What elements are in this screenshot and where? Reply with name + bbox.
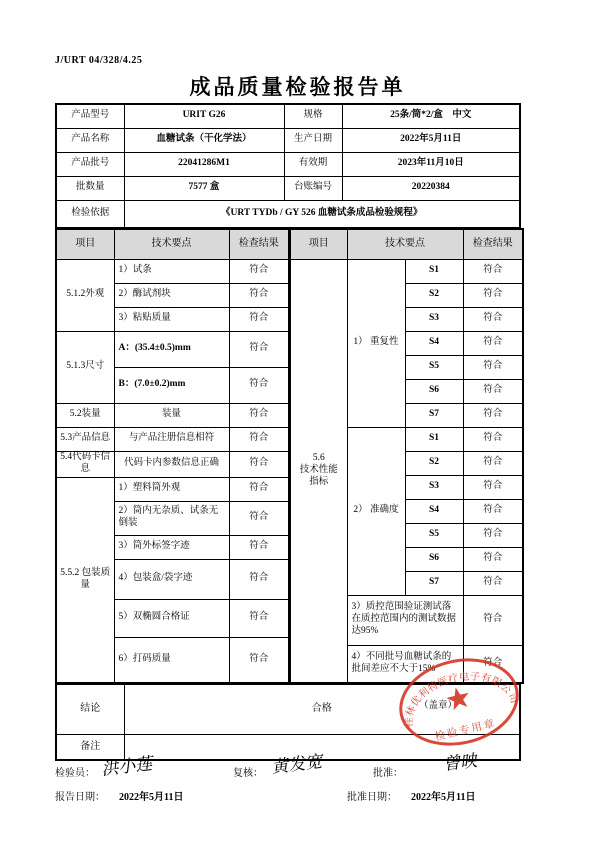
point-cell: 代码卡内参数信息正确 <box>114 451 229 477</box>
result-cell: 符合 <box>463 451 523 475</box>
result-cell: 符合 <box>229 403 289 427</box>
inspector-label: 检验员： <box>55 764 95 779</box>
point-cell-lot-difference: 4）不同批号血糖试条的批间差应不大于15% <box>347 645 463 683</box>
sample-name: S7 <box>405 571 463 595</box>
reviewer-signature: 黄发宽 <box>270 747 324 778</box>
info-label: 产品批号 <box>56 152 124 176</box>
info-label: 有效期 <box>284 152 342 176</box>
expiry-date-value: 2023年11月10日 <box>342 152 520 176</box>
col-header-result: 检查结果 <box>229 229 289 259</box>
section-number: 5.6 <box>292 453 346 465</box>
result-cell: 符合 <box>229 599 289 637</box>
point-cell: 2）筒内无杂质、试条无倒装 <box>114 501 229 535</box>
col-header-result: 检查结果 <box>463 229 523 259</box>
section-product-info: 5.3产品信息 <box>56 427 114 451</box>
batch-number-value: 22041286M1 <box>124 152 284 176</box>
point-cell: 3）筒外标签字迹 <box>114 535 229 559</box>
info-label: 产品名称 <box>56 128 124 152</box>
conclusion-value: 合格 <box>124 684 520 734</box>
point-cell: B：(7.0±0.2)mm <box>114 367 229 403</box>
section-packaging-quality: 5.5.2 包装质量 <box>56 477 114 683</box>
product-info-table: 产品型号 URIT G26 规格 25条/筒*2/盒 中文 产品名称 血糖试条（… <box>55 103 521 229</box>
result-cell: 符合 <box>229 477 289 501</box>
report-content: 产品型号 URIT G26 规格 25条/筒*2/盒 中文 产品名称 血糖试条（… <box>55 103 519 761</box>
approver-label: 批准： <box>373 764 403 779</box>
point-cell-qc-range: 3）质控范围验证测试落在质控范围内的测试数据达95% <box>347 595 463 645</box>
product-name-value: 血糖试条（干化学法） <box>124 128 284 152</box>
approver-signature: 曾映 <box>442 746 479 775</box>
result-cell: 符合 <box>463 427 523 451</box>
sample-name: S6 <box>405 379 463 403</box>
sample-name: S5 <box>405 355 463 379</box>
info-label: 批数量 <box>56 176 124 200</box>
section-fill-quantity: 5.2装量 <box>56 403 114 427</box>
inspection-basis-value: 《URT TYDb / GY 526 血糖试条成品检验规程》 <box>124 200 520 228</box>
result-cell: 符合 <box>229 559 289 599</box>
result-cell: 符合 <box>463 523 523 547</box>
report-date-label: 报告日期： <box>55 788 105 803</box>
approve-date-value: 2022年5月11日 <box>411 788 475 803</box>
sample-name: S7 <box>405 403 463 427</box>
point-cell: 2）酶试剂块 <box>114 283 229 307</box>
result-cell: 符合 <box>463 331 523 355</box>
result-cell: 符合 <box>229 331 289 367</box>
info-label: 生产日期 <box>284 128 342 152</box>
sample-name: S1 <box>405 427 463 451</box>
col-header-point: 技术要点 <box>347 229 463 259</box>
sample-name: S1 <box>405 259 463 283</box>
section-code-card: 5.4代码卡信息 <box>56 451 114 477</box>
section-name-line1: 技术性能 <box>292 465 346 477</box>
sample-name: S4 <box>405 499 463 523</box>
section-name-line2: 指标 <box>292 477 346 489</box>
point-cell: A：(35.4±0.5)mm <box>114 331 229 367</box>
approve-date-label: 批准日期： <box>347 788 397 803</box>
info-label: 规格 <box>284 104 342 128</box>
result-cell: 符合 <box>463 403 523 427</box>
section-dimensions: 5.1.3尺寸 <box>56 331 114 403</box>
col-header-item: 项目 <box>56 229 114 259</box>
reviewer-label: 复核： <box>233 764 263 779</box>
result-cell: 符合 <box>229 535 289 559</box>
col-header-point: 技术要点 <box>114 229 229 259</box>
product-model-value: URIT G26 <box>124 104 284 128</box>
section-technical-performance: 5.6 技术性能 指标 <box>290 259 347 683</box>
result-cell: 符合 <box>463 307 523 331</box>
signature-line: 检验员： 洪小莲 复核： 黄发宽 批准： 曾映 <box>55 756 525 786</box>
result-cell: 符合 <box>463 499 523 523</box>
col-header-item: 项目 <box>290 229 347 259</box>
result-cell: 符合 <box>229 451 289 477</box>
spec-value: 25条/筒*2/盒 中文 <box>342 104 520 128</box>
group-accuracy: 2） 准确度 <box>347 427 405 595</box>
result-cell: 符合 <box>463 645 523 683</box>
sample-name: S3 <box>405 475 463 499</box>
report-footer: 检验员： 洪小莲 复核： 黄发宽 批准： 曾映 报告日期： 2022年5月11日… <box>55 756 525 804</box>
result-cell: 符合 <box>229 307 289 331</box>
info-label: 产品型号 <box>56 104 124 128</box>
result-cell: 符合 <box>463 571 523 595</box>
sample-name: S2 <box>405 451 463 475</box>
inspection-table-left: 项目 技术要点 检查结果 5.1.2外观 1）试条 符合 2）酶试剂块 符合 3… <box>55 228 290 684</box>
result-cell: 符合 <box>463 259 523 283</box>
group-repeatability: 1） 重复性 <box>347 259 405 427</box>
point-cell: 3）粘贴质量 <box>114 307 229 331</box>
inspection-table-right: 项目 技术要点 检查结果 5.6 技术性能 指标 1） 重复性 S1 符合 S2… <box>289 228 524 684</box>
inspector-signature: 洪小莲 <box>100 749 154 780</box>
report-page: J/URT 04/328/4.25 成品质量检验报告单 产品型号 URIT G2… <box>0 0 595 842</box>
report-title: 成品质量检验报告单 <box>0 71 595 101</box>
point-cell: 4）包装盒/袋字迹 <box>114 559 229 599</box>
ledger-number-value: 20220384 <box>342 176 520 200</box>
inspection-tables: 项目 技术要点 检查结果 5.1.2外观 1）试条 符合 2）酶试剂块 符合 3… <box>55 228 519 684</box>
point-cell: 1）塑料筒外观 <box>114 477 229 501</box>
sample-name: S2 <box>405 283 463 307</box>
point-cell: 6）打码质量 <box>114 637 229 683</box>
result-cell: 符合 <box>463 355 523 379</box>
result-cell: 符合 <box>463 379 523 403</box>
result-cell: 符合 <box>463 475 523 499</box>
conclusion-label: 结论 <box>56 684 124 734</box>
result-cell: 符合 <box>229 367 289 403</box>
result-cell: 符合 <box>229 427 289 451</box>
info-label: 台账编号 <box>284 176 342 200</box>
result-cell: 符合 <box>463 283 523 307</box>
inspection-basis-label: 检验依据 <box>56 200 124 228</box>
batch-quantity-value: 7577 盒 <box>124 176 284 200</box>
result-cell: 符合 <box>463 547 523 571</box>
result-cell: 符合 <box>229 259 289 283</box>
sample-name: S3 <box>405 307 463 331</box>
stamp-note: （盖章） <box>419 697 457 711</box>
document-number: J/URT 04/328/4.25 <box>55 55 142 66</box>
production-date-value: 2022年5月11日 <box>342 128 520 152</box>
point-cell: 与产品注册信息相符 <box>114 427 229 451</box>
date-line: 报告日期： 2022年5月11日 批准日期： 2022年5月11日 <box>55 788 525 804</box>
point-cell: 装量 <box>114 403 229 427</box>
sample-name: S5 <box>405 523 463 547</box>
report-date-value: 2022年5月11日 <box>119 788 183 803</box>
sample-name: S4 <box>405 331 463 355</box>
point-cell: 1）试条 <box>114 259 229 283</box>
sample-name: S6 <box>405 547 463 571</box>
result-cell: 符合 <box>463 595 523 645</box>
point-cell: 5）双椭圆合格证 <box>114 599 229 637</box>
section-appearance: 5.1.2外观 <box>56 259 114 331</box>
result-cell: 符合 <box>229 283 289 307</box>
result-cell: 符合 <box>229 637 289 683</box>
result-cell: 符合 <box>229 501 289 535</box>
